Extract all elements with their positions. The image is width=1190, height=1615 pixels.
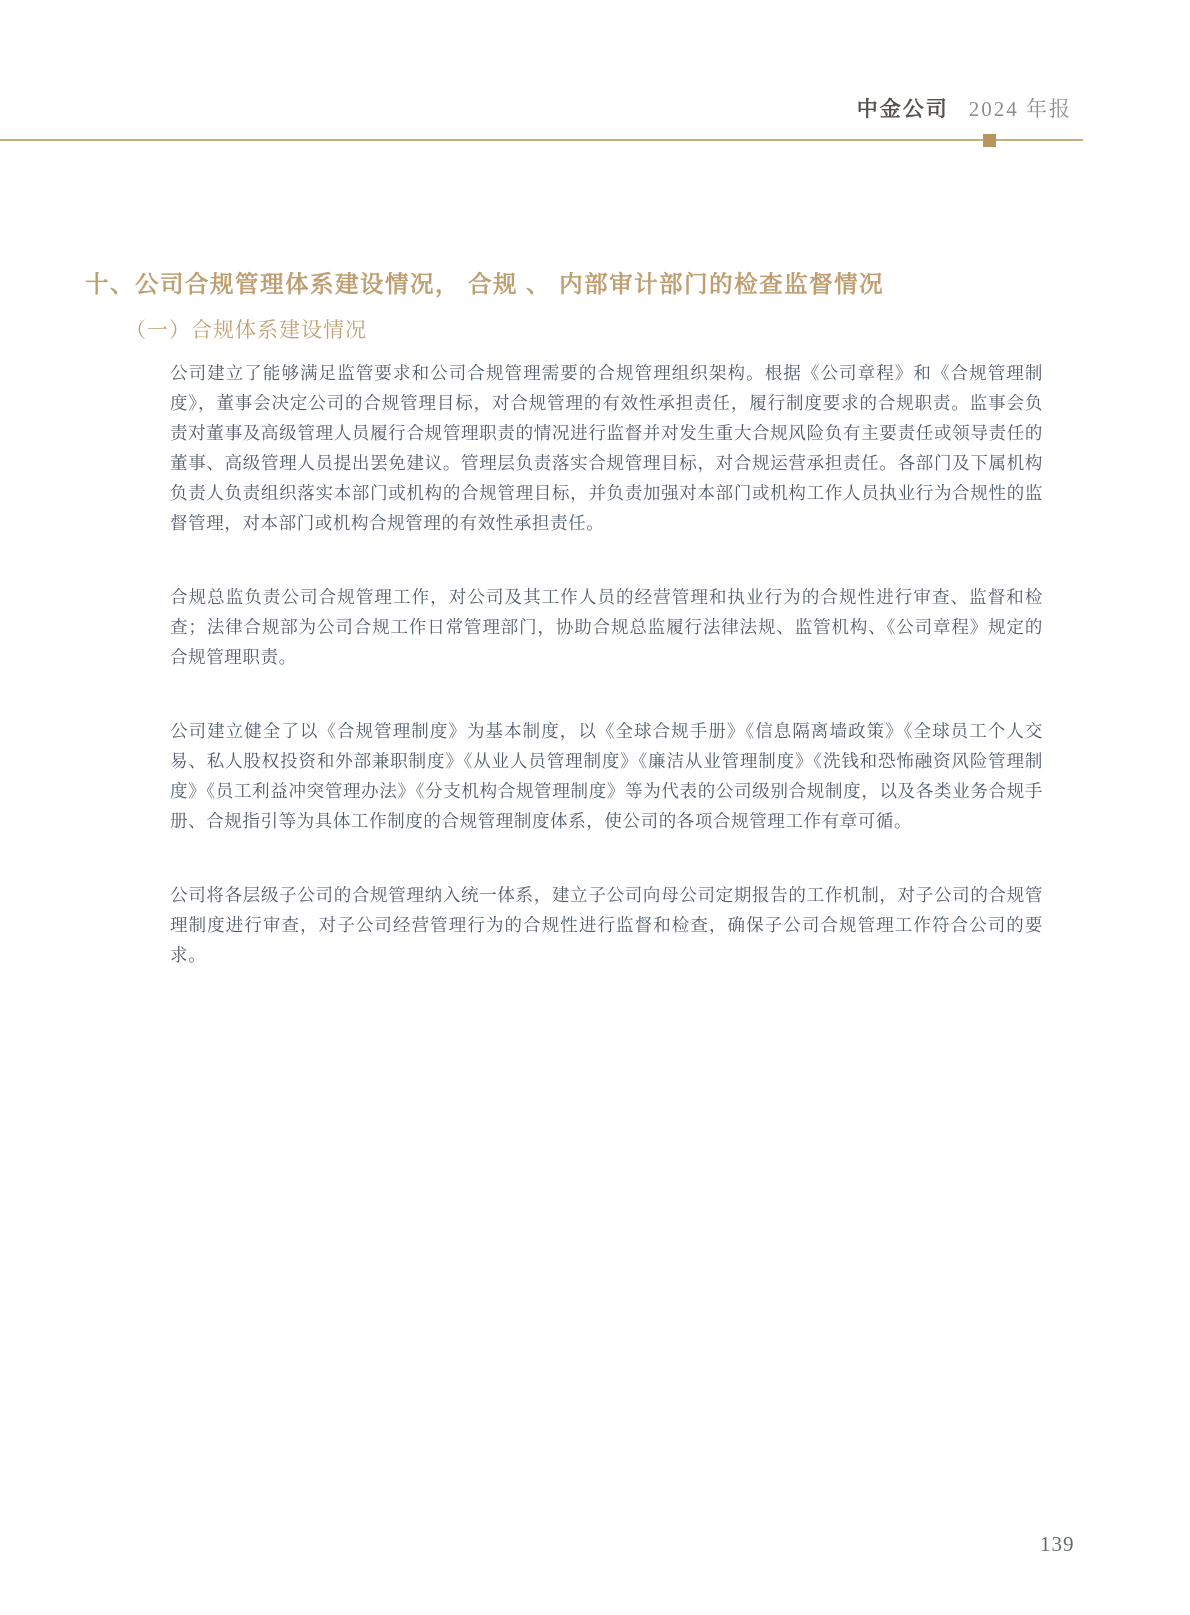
paragraph: 公司建立健全了以《合规管理制度》为基本制度，以《全球合规手册》《信息隔离墙政策》… xyxy=(170,716,1043,836)
page-number: 139 xyxy=(1040,1532,1075,1557)
paragraph: 公司将各层级子公司的合规管理纳入统一体系，建立子公司向母公司定期报告的工作机制，… xyxy=(170,880,1043,970)
paragraph: 公司建立了能够满足监管要求和公司合规管理需要的合规管理组织架构。根据《公司章程》… xyxy=(170,358,1043,538)
paragraph: 合规总监负责公司合规管理工作，对公司及其工作人员的经营管理和执业行为的合规性进行… xyxy=(170,582,1043,672)
subsection-heading: （一）合规体系建设情况 xyxy=(125,314,367,344)
header-rule xyxy=(0,139,1083,141)
header-rule-square-ornament xyxy=(983,134,996,147)
header-report-title: 2024 年报 xyxy=(969,93,1072,123)
report-page: 中金公司 2024 年报 十、公司合规管理体系建设情况， 合规 、 内部审计部门… xyxy=(0,0,1190,1615)
body-text-block: 公司建立了能够满足监管要求和公司合规管理需要的合规管理组织架构。根据《公司章程》… xyxy=(170,358,1043,970)
header-company-name: 中金公司 xyxy=(857,93,949,123)
section-heading: 十、公司合规管理体系建设情况， 合规 、 内部审计部门的检查监督情况 xyxy=(85,265,1105,299)
page-header: 中金公司 2024 年报 xyxy=(857,93,1072,123)
